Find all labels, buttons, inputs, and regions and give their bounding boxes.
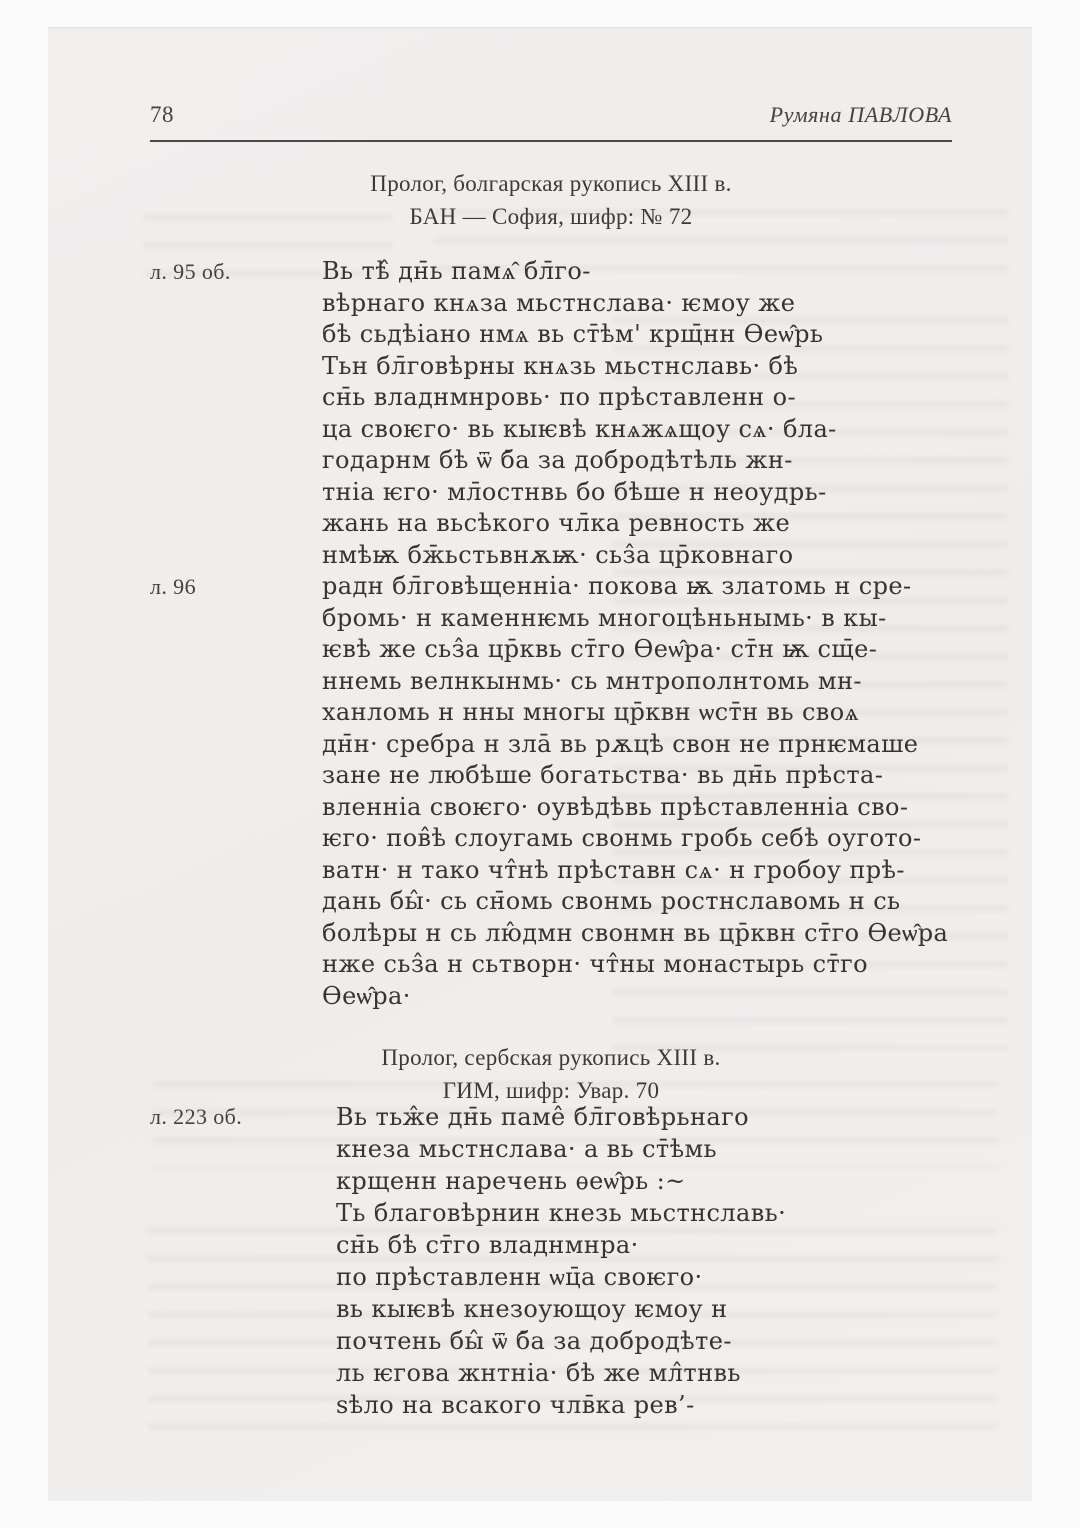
header-rule [150,140,952,142]
folio-label: л. 223 об. [150,1101,242,1133]
folio-label: л. 95 об. [150,256,231,288]
manuscript-line: ца своѥго· вь кыѥвѣ кнѧжѧщоу сѧ· бла- [150,414,952,446]
manuscript-line: дань бы̂· сь сн̄омь свонмь ростнславомь … [150,886,952,918]
manuscript-line: Тьн бл̄говѣрны кнѧзь мьстнславь· бѣ [150,351,952,383]
manuscript-line: л. 223 об. Вь тьж̂е дн̄ь паме̂ бл̄говѣрь… [150,1101,952,1133]
manuscript-line: ннемь велнкынмь· сь мнтрополнтомь мн- [150,666,952,698]
manuscript-line: нже сьз̂а н сьтворн· чт̂ны монастырь ст̄… [150,949,952,981]
manuscript-line: вь кыѥвѣ кнезоующоу ѥмоу н [150,1293,952,1325]
manuscript-line: сн̄ь владнмнровь· по прѣставленн о- [150,382,952,414]
manuscript-line: Ть благовѣрнин кнезь мьстнславь· [150,1197,952,1229]
manuscript-line: сн̄ь бѣ ст̄го владнмнра· [150,1229,952,1261]
manuscript-line: ханломь н нны многы цр̄квн ѡст̄н вь своѧ [150,697,952,729]
manuscript-line: крщенн наречень ѳеѡ̂рь :~ [150,1165,952,1197]
manuscript-line: ѥго· пов̂ѣ слоугамь свонмь гробь себѣ оу… [150,823,952,855]
manuscript-line: годарнм бѣ ѿ б̄а за добродѣтѣль жн- [150,445,952,477]
manuscript-line: вѣрнаго кнѧза мьстнслава· ѥмоу же [150,288,952,320]
section1-heading: Пролог, болгарская рукопись XIII в. БАН … [150,167,952,233]
manuscript-line: нмѣѭ бж̄ьстьвнѫѭ· сьз̂а цр̄ковнаго [150,540,952,572]
manuscript-line: дн̄н· сребра н зла̄ вь рѫцѣ свон не прнѥ… [150,729,952,761]
manuscript-line: вленніа своѥго· оувѣдѣвь прѣставленніа с… [150,792,952,824]
running-head: Румяна ПАВЛОВА [770,102,952,128]
section2-heading: Пролог, сербская рукопись XIII в. ГИМ, ш… [150,1041,952,1107]
bulgarian-manuscript-text: л. 95 об. Вь тѣ̂ дн̄ь памѧ̂ бл̄го- вѣрна… [150,256,952,1012]
section1-title-line2: БАН — София, шифр: № 72 [150,200,952,233]
page-number: 78 [150,102,174,128]
manuscript-line: ѥвѣ же сьз̂а цр̄квь ст̄го Ѳеѡ̂ра· ст̄н ѭ… [150,634,952,666]
manuscript-line: ѕѣло на всакого члв̄ка рев’- [150,1389,952,1421]
manuscript-line: л. 96 радн бл̄говѣщенніа· покова ѭ злато… [150,571,952,603]
section1-title-line1: Пролог, болгарская рукопись XIII в. [150,167,952,200]
page-content: 78 Румяна ПАВЛОВА Пролог, болгарская рук… [150,28,952,1501]
manuscript-line: зане не любѣше богатьства· вь дн̄ь прѣст… [150,760,952,792]
manuscript-line: по прѣставленн ѡц̄а своѥго· [150,1261,952,1293]
manuscript-line: почтень бы̂ ѿ б̄а за добродѣте- [150,1325,952,1357]
scanned-page: 78 Румяна ПАВЛОВА Пролог, болгарская рук… [48,27,1032,1501]
manuscript-line: бромь· н каменнѥмь многоцѣньнымь· в кы- [150,603,952,635]
folio-label: л. 96 [150,571,196,603]
section2-title-line1: Пролог, сербская рукопись XIII в. [150,1041,952,1074]
serbian-manuscript-text: л. 223 об. Вь тьж̂е дн̄ь паме̂ бл̄говѣрь… [150,1101,952,1421]
manuscript-line: тніа ѥго· мл̄остнвь бо бѣше н неоудрь- [150,477,952,509]
manuscript-line: Ѳеѡ̂ра· [150,981,952,1013]
page-header: 78 Румяна ПАВЛОВА [150,102,952,128]
manuscript-line: бѣ сьдѣіано нмѧ вь ст̄ѣм' крщ̄нн Ѳеѡ̂рь [150,319,952,351]
manuscript-line: ватн· н тако чт̂нѣ прѣставн сѧ· н гробоу… [150,855,952,887]
manuscript-line: кнеза мьстнслава· а вь ст̄ѣмь [150,1133,952,1165]
manuscript-line: болѣры н сь лю̂дмн свонмн вь цр̄квн ст̄г… [150,918,952,950]
manuscript-line: л. 95 об. Вь тѣ̂ дн̄ь памѧ̂ бл̄го- [150,256,952,288]
manuscript-line: ль ѥгова жнтніа· бѣ же мл̂тнвь [150,1357,952,1389]
manuscript-line: жань на вьсѣкого чл̄ка ревность же [150,508,952,540]
